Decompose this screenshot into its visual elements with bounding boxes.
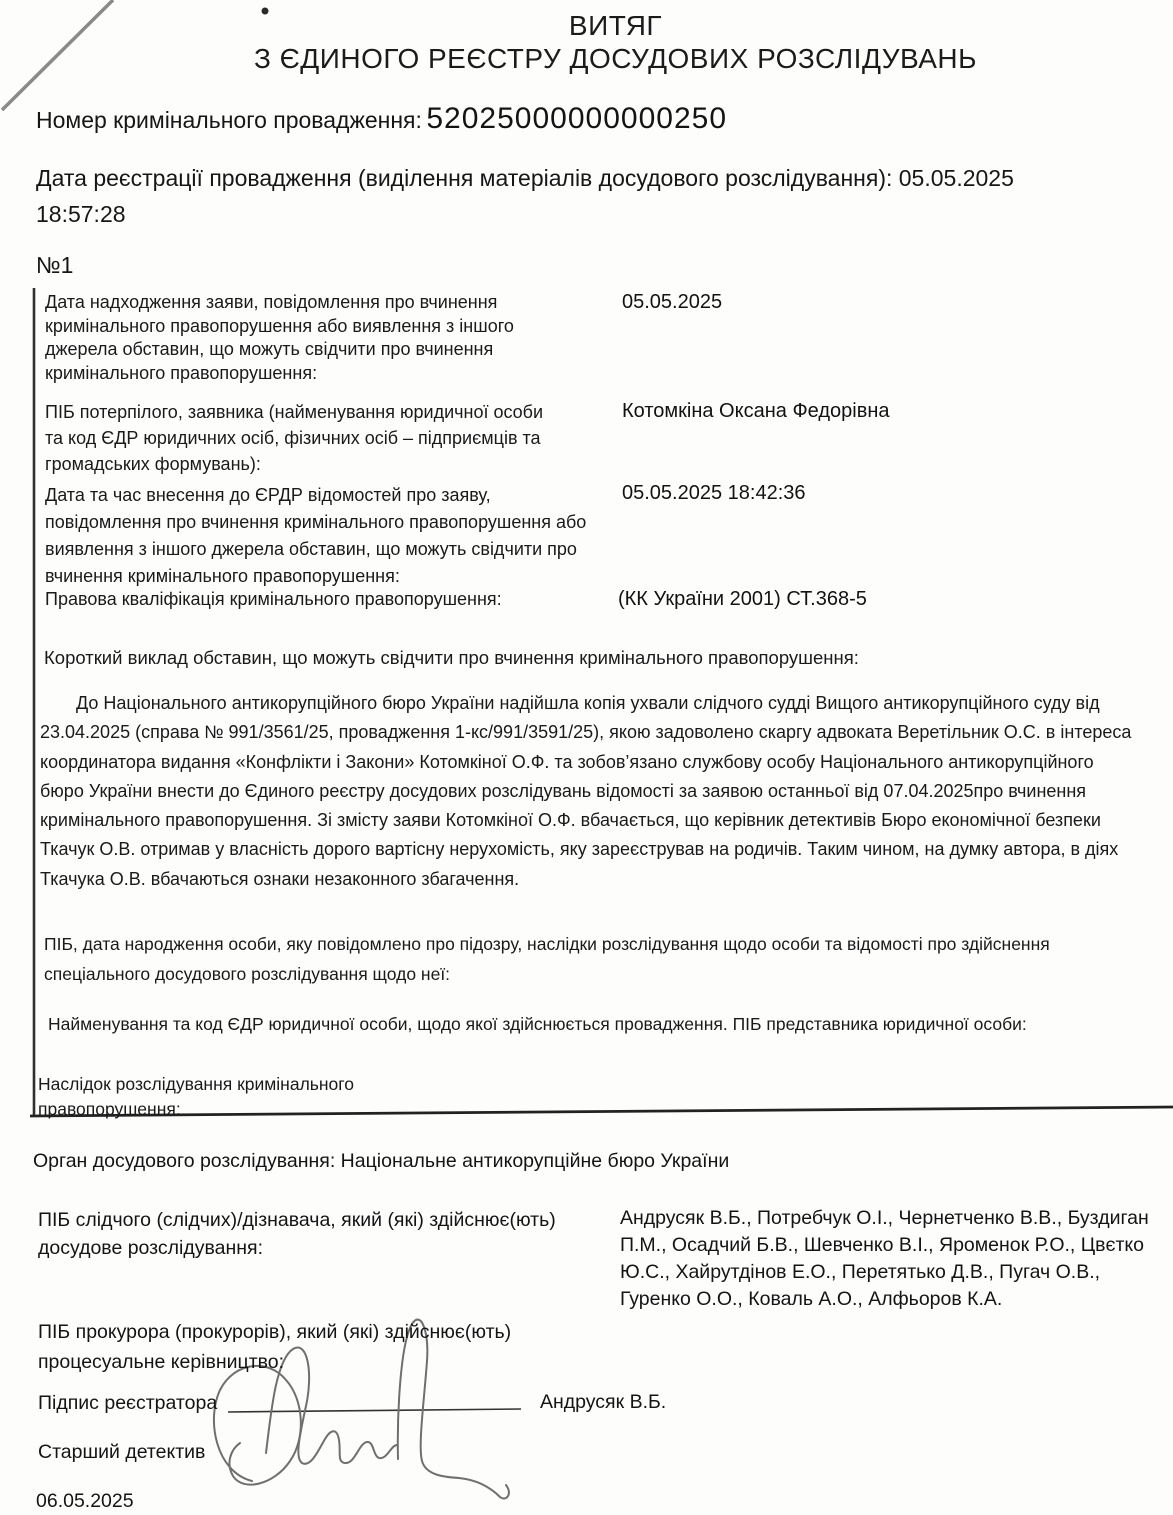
row3-label: Дата та час внесення до ЄРДР відомостей … [45, 482, 586, 590]
authority-value: Національне антикорупційне бюро України [341, 1150, 730, 1172]
registration-date-block: Дата реєстрації провадження (виділення м… [36, 160, 1014, 232]
row2-value: Котомкіна Оксана Федорівна [622, 400, 889, 423]
investigators-value: Андрусяк В.Б., Потребчук О.І., Чернетчен… [620, 1205, 1149, 1313]
document-title-line2: З ЄДИНОГО РЕЄСТРУ ДОСУДОВИХ РОЗСЛІДУВАНЬ [58, 43, 1173, 75]
case-number-row: Номер кримінального провадження: 5202500… [36, 102, 727, 136]
row4-value: (КК України 2001) СТ.368-5 [618, 588, 867, 611]
case-number-label: Номер кримінального провадження: [36, 107, 422, 133]
authority-label: Орган досудового розслідування: [33, 1150, 335, 1172]
summary-label: Короткий виклад обставин, що можуть свід… [44, 647, 859, 669]
signature-line [228, 1409, 521, 1412]
case-number-value: 52025000000000250 [426, 102, 727, 135]
prosecutor-label: ПІБ прокурора (прокурорів), який (які) з… [38, 1317, 511, 1377]
registrar-position: Старший детектив [38, 1441, 205, 1464]
row1-value: 05.05.2025 [622, 291, 722, 314]
row3-value: 05.05.2025 18:42:36 [622, 482, 806, 505]
document-title-line1: ВИТЯГ [58, 10, 1173, 42]
registration-date-line1: Дата реєстрації провадження (виділення м… [36, 160, 1014, 196]
row2-label: ПІБ потерпілого, заявника (найменування … [45, 399, 543, 477]
row4-label: Правова кваліфікація кримінального право… [45, 589, 502, 610]
scanned-document-page: ВИТЯГ З ЄДИНОГО РЕЄСТРУ ДОСУДОВИХ РОЗСЛІ… [0, 0, 1173, 1515]
row1-label: Дата надходження заяви, повідомлення про… [45, 291, 514, 385]
authority-row: Орган досудового розслідування: Націонал… [33, 1150, 729, 1173]
record-number: №1 [36, 252, 73, 279]
suspect-label: ПІБ, дата народження особи, яку повідомл… [44, 929, 1050, 989]
investigators-label: ПІБ слідчого (слідчих)/дізнавача, який (… [38, 1206, 556, 1262]
document-date: 06.05.2025 [36, 1490, 134, 1513]
outcome-label: Наслідок розслідування кримінального пра… [38, 1072, 354, 1122]
registrar-signature-label: Підпис реєстратора [38, 1392, 217, 1415]
summary-paragraph: До Національного антикорупційного бюро У… [40, 689, 1131, 894]
legal-entity-label: Найменування та код ЄДР юридичної особи,… [48, 1014, 1027, 1035]
registration-time: 18:57:28 [36, 196, 1014, 232]
registrar-name: Андрусяк В.Б. [540, 1391, 666, 1414]
